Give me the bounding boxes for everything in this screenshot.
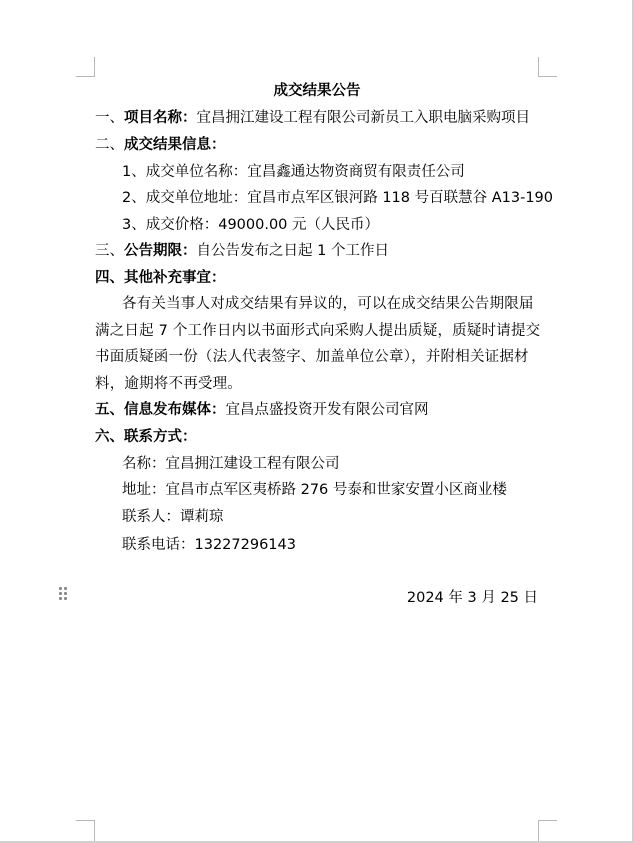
- result-item-winner-address: 2、成交单位地址：宜昌市点军区银河路 118 号百联慧谷 A13-190: [122, 189, 572, 207]
- section-number: 六、: [95, 429, 124, 445]
- margin-corner-bottom-right: [538, 820, 557, 841]
- result-item-winner-name: 1、成交单位名称：宜昌鑫通达物资商贸有限责任公司: [122, 163, 572, 181]
- section-label: 成交结果信息：: [124, 137, 226, 153]
- section-number: 四、: [95, 270, 124, 286]
- margin-corner-bottom-left: [76, 820, 95, 841]
- document-title: 成交结果公告: [0, 82, 634, 100]
- section-number: 三、: [95, 243, 124, 259]
- section-label: 联系方式：: [124, 429, 197, 445]
- section-value: 自公告发布之日起 1 个工作日: [197, 243, 389, 259]
- section-label: 信息发布媒体：: [124, 402, 226, 418]
- document-page: 成交结果公告 一、项目名称：宜昌拥江建设工程有限公司新员工入职电脑采购项目 二、…: [0, 0, 634, 843]
- announcement-date: 2024 年 3 月 25 日: [0, 589, 538, 607]
- section-contact: 六、联系方式：: [95, 428, 545, 446]
- contact-phone: 联系电话：13227296143: [122, 536, 572, 554]
- contact-address: 地址：宜昌市点军区夷桥路 276 号泰和世家安置小区商业楼: [122, 481, 572, 499]
- supplement-paragraph-line: 满之日起 7 个工作日内以书面形式向采购人提出质疑，质疑时请提交: [95, 322, 545, 340]
- section-result-info: 二、成交结果信息：: [95, 136, 545, 154]
- section-supplement: 四、其他补充事宜：: [95, 269, 545, 287]
- contact-person: 联系人：谭莉琼: [122, 508, 572, 526]
- section-project-name: 一、项目名称：宜昌拥江建设工程有限公司新员工入职电脑采购项目: [95, 109, 545, 127]
- supplement-paragraph-line: 各有关当事人对成交结果有异议的，可以在成交结果公告期限届: [122, 295, 572, 313]
- section-label: 公告期限：: [124, 243, 197, 259]
- section-label: 项目名称：: [124, 110, 197, 126]
- margin-corner-top-right: [538, 57, 557, 77]
- section-label: 其他补充事宜：: [124, 270, 226, 286]
- section-announcement-period: 三、公告期限：自公告发布之日起 1 个工作日: [95, 242, 545, 260]
- result-item-price: 3、成交价格：49000.00 元（人民币）: [122, 216, 572, 234]
- margin-corner-top-left: [76, 57, 95, 77]
- supplement-paragraph-line: 料，逾期将不再受理。: [95, 375, 545, 393]
- section-value: 宜昌拥江建设工程有限公司新员工入职电脑采购项目: [197, 110, 531, 126]
- section-number: 二、: [95, 137, 124, 153]
- section-number: 一、: [95, 110, 124, 126]
- section-value: 宜昌点盛投资开发有限公司官网: [226, 402, 429, 418]
- contact-name: 名称：宜昌拥江建设工程有限公司: [122, 455, 572, 473]
- section-number: 五、: [95, 402, 124, 418]
- section-publish-media: 五、信息发布媒体：宜昌点盛投资开发有限公司官网: [95, 401, 545, 419]
- supplement-paragraph-line: 书面质疑函一份（法人代表签字、加盖单位公章），并附相关证据材: [95, 348, 545, 366]
